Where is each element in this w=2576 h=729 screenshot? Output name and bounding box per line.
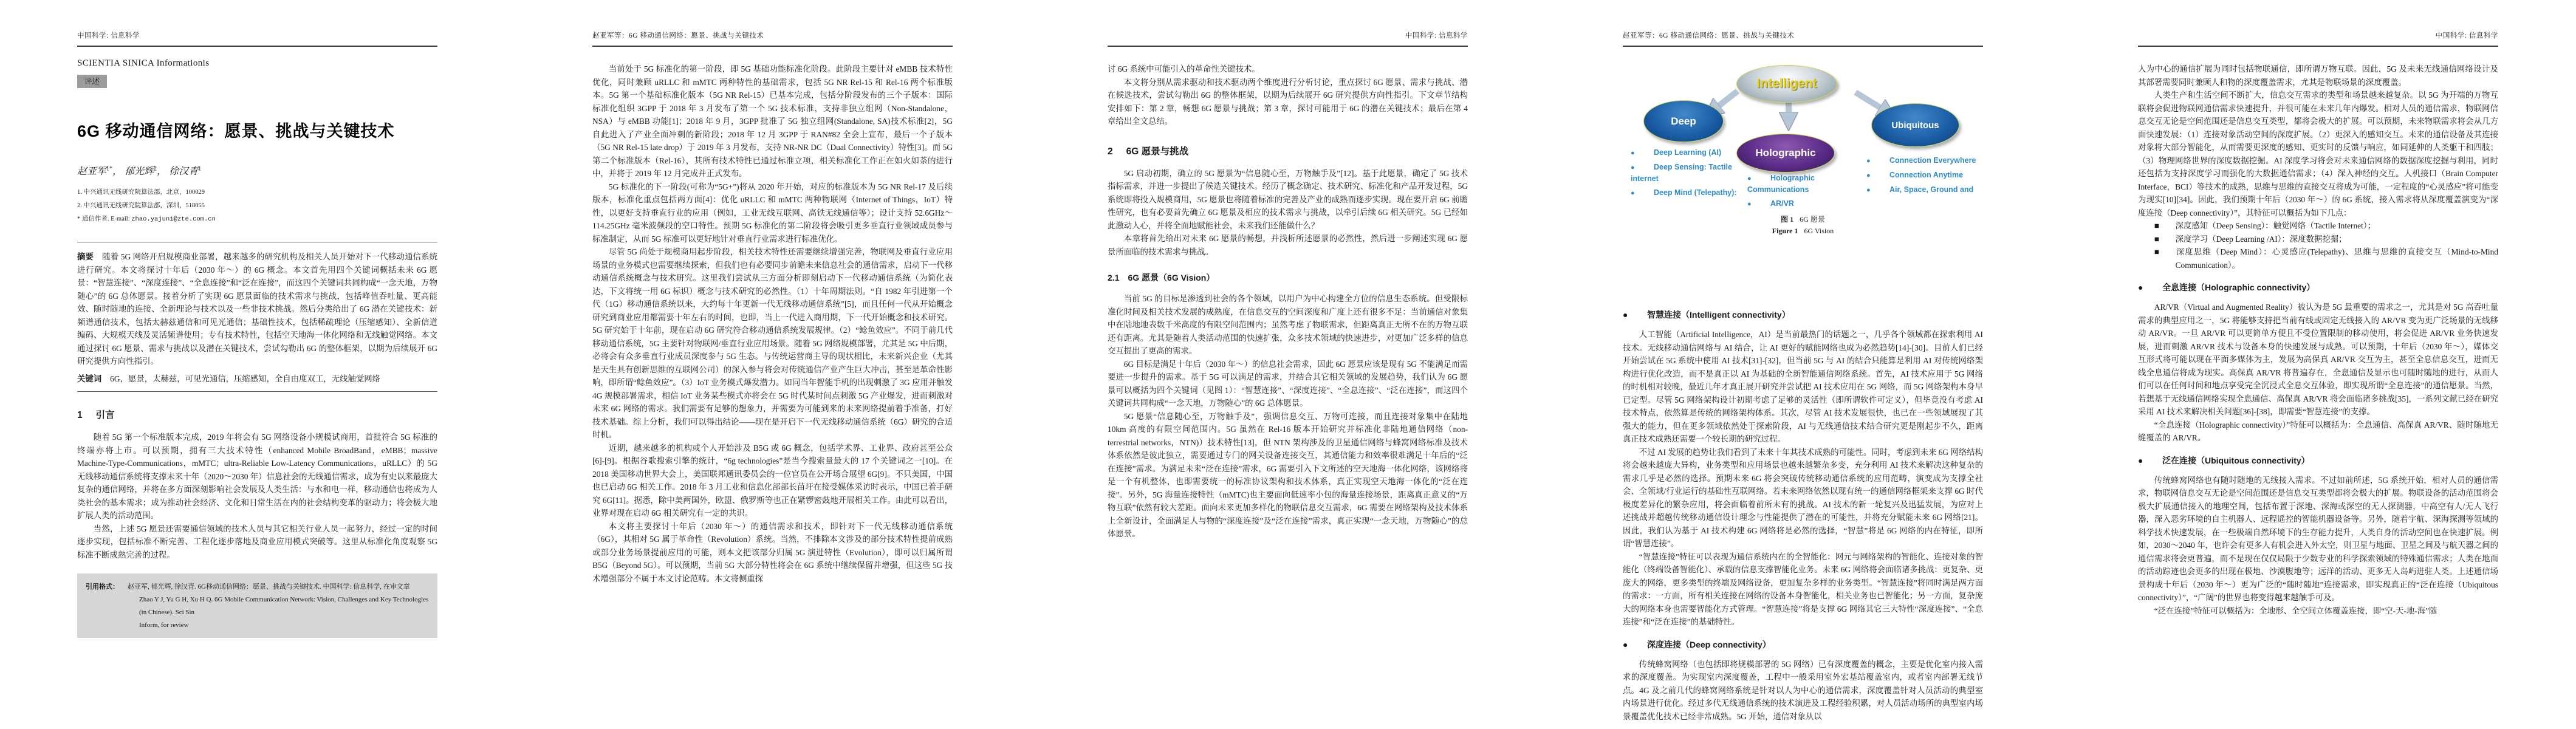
- paragraph: “全息连接（Holographic connectivity）”特征可以概括为：…: [2138, 419, 2498, 445]
- figure-6g-vision: Intelligent Deep Holographic Ubiquitous …: [1612, 61, 1993, 211]
- corresponding-author: * 通信作者. E-mail: zhao.yajun1@zte.com.cn: [77, 213, 437, 226]
- paragraph: 人为中心的通信扩展为同时包括物联通信，即所谓万物互联。因此，5G 及未来无线通信…: [2138, 63, 2498, 89]
- section-title: 引言: [96, 410, 115, 420]
- paragraph: 本章将首先给出对未来 6G 愿景的畅想，并浅析所述愿景的必然性，然后进一步阐述实…: [1108, 232, 1468, 258]
- paragraph: 当然，上述 5G 愿景还需要通信领域的技术人员与其它相关行业人员一起努力，经过一…: [77, 522, 437, 562]
- list-item: ●Connection Anytime: [1866, 169, 1982, 181]
- running-title: 赵亚军等：6G 移动通信网络：愿景、挑战与关键技术: [1623, 32, 1794, 39]
- affiliation-1: 1. 中兴通讯无线研究院算法部，北京，100029: [77, 186, 437, 199]
- running-head: 中国科学: 信息科学: [2138, 30, 2498, 47]
- keywords-label: 关键词: [77, 374, 101, 383]
- running-head: 中国科学: 信息科学: [1108, 30, 1468, 47]
- subsection-heading-2-1: 2.16G 愿景（6G Vision）: [1108, 272, 1468, 284]
- list-item: ●Deep Learning (AI): [1631, 147, 1740, 159]
- list-item: ●Deep Mind (Telepathy):: [1631, 187, 1740, 199]
- running-head: 赵亚军等：6G 移动通信网络：愿景、挑战与关键技术: [592, 30, 953, 47]
- paper-spread: { "ui": { "dot": "●", "square": "■", "co…: [0, 0, 2576, 729]
- paragraph: 5G 标准化的下一阶段(可称为“5G+”)将从 2020 年开始，对应的标准版本…: [592, 180, 953, 246]
- figure-caption-en: Figure 16G Vision: [1612, 227, 1993, 236]
- paragraph: 5G 愿景“信息随心至，万物触手及”，强调信息交互、万物可连接，而且连接对象集中…: [1108, 410, 1468, 541]
- square-bullet-icon: ■: [2154, 233, 2176, 246]
- author: 赵亚军: [77, 166, 106, 177]
- page-2: 赵亚军等：6G 移动通信网络：愿景、挑战与关键技术 当前处于 5G 标准化的第一…: [515, 0, 1030, 729]
- list-item: ■深度学习（Deep Learning /AI）：深度数据挖掘；: [2138, 233, 2498, 246]
- paragraph: 近期，越来越多的机构或个人开始涉及 B5G 或 6G 概念，包括学术界、工业界、…: [592, 442, 953, 520]
- paragraph: “泛在连接”特征可以概括为：全地形、全空间立体覆盖连接，即“空-天-地-海”随: [2138, 604, 2498, 618]
- bullet-icon: ●: [1631, 148, 1654, 159]
- author: 郁光辉: [125, 166, 154, 177]
- paragraph: 不过 AI 发展的趋势让我们看到了未来十年其技术成熟的可能性。同时，考虑到未来 …: [1623, 446, 1983, 550]
- feature-heading-intelligent: ●智慧连接（Intelligent connectivity）: [1623, 309, 1983, 321]
- bullet-icon: ●: [1866, 185, 1889, 196]
- arrow-icon: [1713, 91, 1738, 111]
- affiliation-2: 2. 中兴通讯无线研究院算法部，深圳，518055: [77, 199, 437, 213]
- bullet-icon: ●: [1866, 156, 1889, 166]
- bullet-icon: ●: [1631, 162, 1654, 173]
- paragraph: 本文将主要探讨十年后（2030 年～）的通信需求和技术，即针对下一代无线移动通信…: [592, 520, 953, 586]
- bullet-icon: ●: [1747, 199, 1770, 210]
- abstract-block: 摘要随着 5G 网络开启规模商业部署，越来越多的研究机构及相关人员开始对下一代移…: [77, 242, 437, 392]
- section-heading-1: 1引言: [77, 408, 437, 421]
- citation-en: Zhao Y J, Yu G H, Xu H Q. 6G Mobile Comm…: [139, 594, 429, 619]
- page-5: 中国科学: 信息科学 人为中心的通信扩展为同时包括物联通信，即所谓万物互联。因此…: [2061, 0, 2576, 729]
- vision-node-intelligent: Intelligent: [1736, 65, 1837, 103]
- author-sup: 1*: [106, 166, 112, 173]
- section-number: 1: [77, 410, 83, 420]
- citation-zh: 引用格式：赵亚军, 郁光辉, 徐汉青. 6G移动通信网络：愿景、挑战与关键技术.…: [86, 581, 429, 594]
- section-number: 2: [1108, 146, 1113, 157]
- article-title: 6G 移动通信网络：愿景、挑战与关键技术: [77, 120, 437, 143]
- bullet-icon: ●: [2138, 282, 2162, 292]
- citation-zh-text: 赵亚军, 郁光辉, 徐汉青. 6G移动通信网络：愿景、挑战与关键技术. 中国科学…: [128, 583, 410, 590]
- bullet-icon: ●: [2138, 456, 2162, 465]
- corr-label: * 通信作者. E-mail:: [77, 216, 130, 222]
- author-line: 赵亚军1*， 郁光辉2， 徐汉青1: [77, 163, 437, 177]
- square-bullet-icon: ■: [2154, 245, 2176, 259]
- figure-caption-zh: 图 16G 愿景: [1612, 214, 1993, 224]
- paragraph: 传统蜂窝网络也有随时随地的无线接入需求。不过如前所述，5G 系统开始，相对人员的…: [2138, 474, 2498, 604]
- paragraph: “智慧连接”特征可以表现为通信系统内在的全智能化：网元与网络架构的智能化、连接对…: [1623, 550, 1983, 629]
- running-title: 赵亚军等：6G 移动通信网络：愿景、挑战与关键技术: [592, 32, 764, 39]
- journal-name-latin: SCIENTIA SINICA Informationis: [77, 58, 437, 69]
- list-item: ■深度感知（Deep Sensing）：触觉网络（Tactile Interne…: [2138, 219, 2498, 233]
- author: 徐汉青: [169, 166, 198, 177]
- list-item: ●Deep Sensing: Tactile internet: [1631, 162, 1740, 184]
- caption-label: Figure 1: [1772, 227, 1798, 235]
- holographic-feature-list: ●Holographic Communications ●AR/VR: [1747, 173, 1851, 213]
- list-item: ●Holographic Communications: [1747, 173, 1851, 195]
- square-bullet-icon: ■: [2154, 219, 2176, 233]
- bullet-icon: ●: [1623, 310, 1647, 320]
- paragraph: 当前处于 5G 标准化的第一阶段，即 5G 基础功能标准化阶段。此阶段主要针对 …: [592, 63, 953, 180]
- section-title: 6G 愿景与挑战: [1126, 146, 1188, 157]
- paragraph: 本文将分别从需求驱动和技术驱动两个维度进行分析讨论，重点探讨 6G 愿景、需求与…: [1108, 76, 1468, 128]
- vision-node-ubiquitous: Ubiquitous: [1871, 103, 1959, 147]
- paragraph: 人工智能（Artificial Intelligence，AI）是当前最热门的话…: [1623, 328, 1983, 446]
- separator: ，: [157, 166, 166, 177]
- keywords: 关键词6G，愿景，太赫兹，可见光通信，压缩感知，全自由度双工，无线触觉网络: [77, 372, 437, 392]
- journal-name: 中国科学: 信息科学: [2436, 32, 2498, 39]
- list-item: ●Air, Space, Ground and: [1866, 184, 1982, 196]
- keywords-text: 6G，愿景，太赫兹，可见光通信，压缩感知，全自由度双工，无线触觉网络: [110, 374, 380, 383]
- abstract-label: 摘要: [77, 252, 94, 261]
- paragraph: 传统蜂窝网络（也包括即将规模部署的 5G 网络）已有深度覆盖的概念，主要是优化室…: [1623, 658, 1983, 724]
- abstract-text: 随着 5G 网络开启规模商业部署，越来越多的研究机构及相关人员开始对下一代移动通…: [77, 252, 437, 366]
- journal-name: 中国科学: 信息科学: [1405, 32, 1468, 39]
- vision-node-holographic: Holographic: [1736, 134, 1835, 173]
- page-1: 中国科学: 信息科学 SCIENTIA SINICA Informationis…: [0, 0, 515, 729]
- list-item: ●Connection Everywhere: [1866, 155, 1982, 166]
- list-item: ●AR/VR: [1747, 198, 1851, 210]
- citation-en: Inform, for review: [139, 619, 429, 632]
- paragraph: 尽管 5G 尚处于规模商用起步阶段，相关技术特性还需要继续增强完善，物联网及垂直…: [592, 245, 953, 442]
- paragraph: 当前 5G 的目标是渗透到社会的各个领域，以用户为中心构建全方位的信息生态系统。…: [1108, 292, 1468, 358]
- section-number: 2.1: [1108, 273, 1119, 282]
- feature-heading-ubiquitous: ●泛在连接（Ubiquitous connectivity）: [2138, 454, 2498, 467]
- paragraph: AR/VR（Virtual and Augmented Reality）被认为是…: [2138, 301, 2498, 419]
- paragraph: 5G 启动初期，确立的 5G 愿景为“信息随心至，万物触手及”[12]。基于此愿…: [1108, 167, 1468, 233]
- feature-heading-holographic: ●全息连接（Holographic connectivity）: [2138, 281, 2498, 293]
- article-type-badge: 评述: [77, 75, 107, 88]
- citation-box: 引用格式：赵亚军, 郁光辉, 徐汉青. 6G移动通信网络：愿景、挑战与关键技术.…: [77, 573, 437, 638]
- page-3: 中国科学: 信息科学 讨 6G 系统中可能引入的革命性关键技术。 本文将分别从需…: [1030, 0, 1546, 729]
- vision-node-deep: Deep: [1643, 100, 1724, 142]
- arrow-icon: [1855, 92, 1887, 112]
- abstract: 摘要随着 5G 网络开启规模商业部署，越来越多的研究机构及相关人员开始对下一代移…: [77, 250, 437, 368]
- journal-name: 中国科学: 信息科学: [77, 32, 140, 39]
- paragraph: 6G 目标是满足十年后（2030 年～）的信息社会需求，因此 6G 愿景应该是现…: [1108, 358, 1468, 410]
- caption-label: 图 1: [1781, 215, 1793, 224]
- section-heading-2: 26G 愿景与挑战: [1108, 144, 1468, 157]
- author-sup: 1: [198, 166, 201, 173]
- paragraph: 人类生产和生活空间不断扩大，信息交互需求的类型和场景越来越复杂。以 5G 为开端…: [2138, 89, 2498, 219]
- bullet-icon: ●: [1631, 188, 1654, 199]
- running-head: 中国科学: 信息科学: [77, 30, 437, 47]
- section-title: 6G 愿景（6G Vision）: [1128, 273, 1214, 282]
- bullet-icon: ●: [1747, 173, 1770, 184]
- running-head: 赵亚军等：6G 移动通信网络：愿景、挑战与关键技术: [1623, 30, 1983, 47]
- deep-feature-list: ●Deep Learning (AI) ●Deep Sensing: Tacti…: [1631, 147, 1740, 202]
- corr-email: zhao.yajun1@zte.com.cn: [131, 216, 216, 223]
- citation-label: 引用格式：: [86, 583, 119, 590]
- paragraph: 讨 6G 系统中可能引入的革命性关键技术。: [1108, 63, 1468, 76]
- feature-heading-deep: ●深度连接（Deep connectivity）: [1623, 638, 1983, 651]
- bullet-icon: ●: [1866, 170, 1889, 181]
- bullet-icon: ●: [1623, 640, 1647, 649]
- list-item: ■深度思维（Deep Mind）：心灵感应(Telepathy)、思维与思维的直…: [2138, 245, 2498, 272]
- paragraph: 随着 5G 第一个标准版本完成，2019 年将会有 5G 网络设备小规模试商用，…: [77, 431, 437, 522]
- ubiquitous-feature-list: ●Connection Everywhere ●Connection Anyti…: [1866, 155, 1982, 199]
- page-4: 赵亚军等：6G 移动通信网络：愿景、挑战与关键技术 Intelligent De…: [1546, 0, 2061, 729]
- separator: ，: [112, 166, 122, 177]
